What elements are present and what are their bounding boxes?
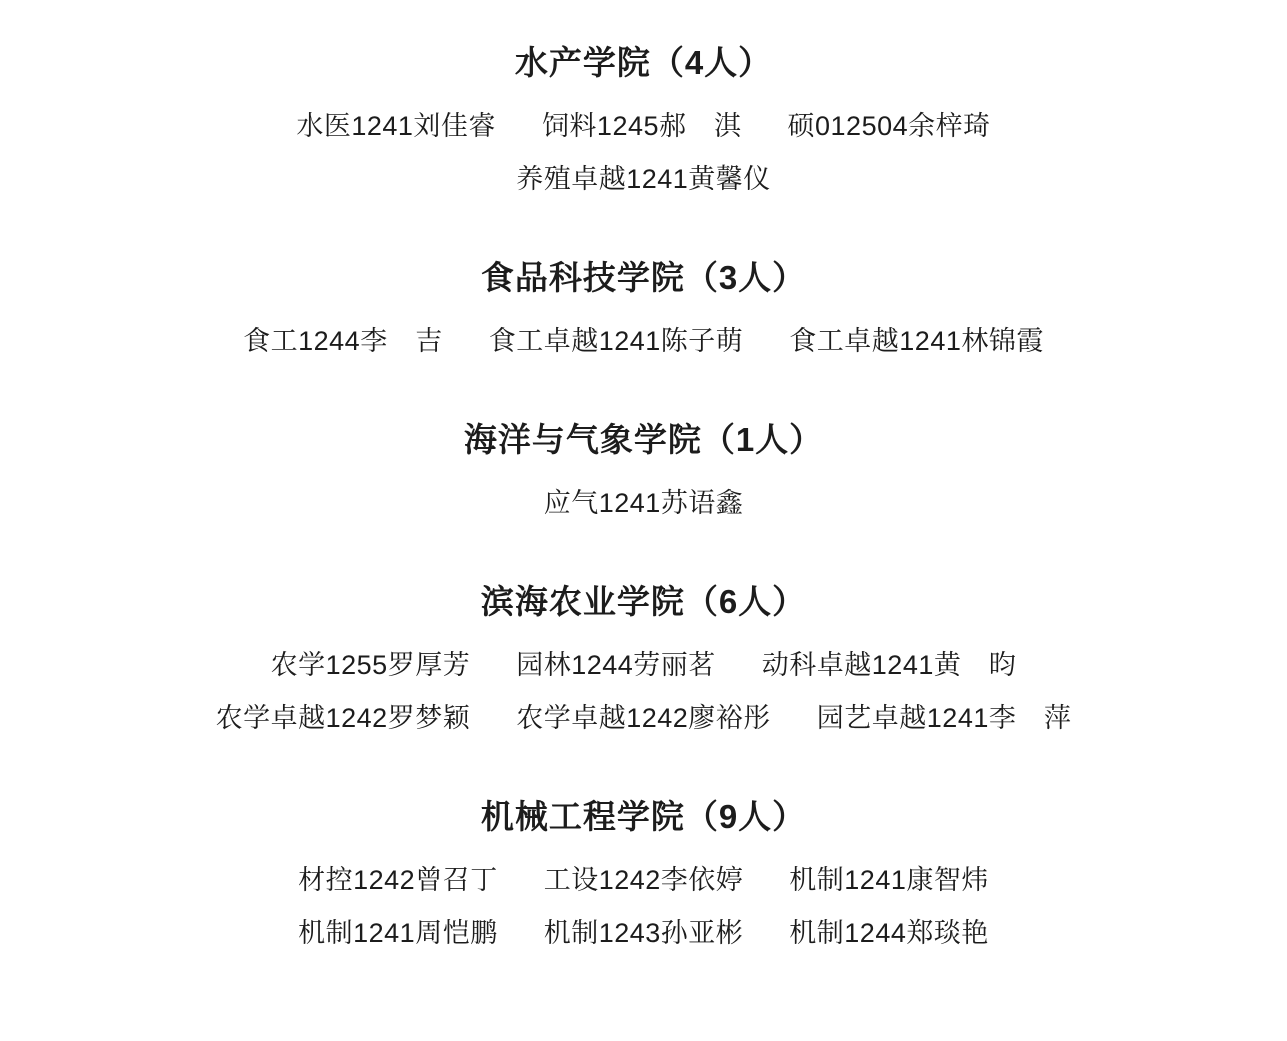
college-section: 食品科技学院（3人）食工1244李 吉食工卓越1241陈子萌食工卓越1241林锦… bbox=[0, 259, 1287, 357]
student-entry: 应气1241苏语鑫 bbox=[544, 487, 744, 519]
name-row: 应气1241苏语鑫 bbox=[0, 487, 1287, 519]
college-section: 机械工程学院（9人）材控1242曾召丁工设1242李依婷机制1241康智炜机制1… bbox=[0, 798, 1287, 949]
student-entry: 硕012504余梓琦 bbox=[788, 110, 991, 142]
student-entry: 饲料1245郝 淇 bbox=[542, 110, 742, 142]
student-entry: 机制1241周恺鹏 bbox=[298, 917, 498, 949]
name-row: 农学1255罗厚芳园林1244劳丽茗动科卓越1241黄 昀 bbox=[0, 649, 1287, 681]
name-row: 水医1241刘佳睿饲料1245郝 淇硕012504余梓琦 bbox=[0, 110, 1287, 142]
college-title: 水产学院（4人） bbox=[0, 44, 1287, 81]
name-row: 养殖卓越1241黄馨仪 bbox=[0, 163, 1287, 195]
student-entry: 园林1244劳丽茗 bbox=[516, 649, 716, 681]
name-row: 材控1242曾召丁工设1242李依婷机制1241康智炜 bbox=[0, 864, 1287, 896]
student-entry: 食工卓越1241林锦霞 bbox=[789, 325, 1044, 357]
name-row: 机制1241周恺鹏机制1243孙亚彬机制1244郑琰艳 bbox=[0, 917, 1287, 949]
student-entry: 动科卓越1241黄 昀 bbox=[762, 649, 1017, 681]
college-title: 滨海农业学院（6人） bbox=[0, 583, 1287, 620]
college-title: 食品科技学院（3人） bbox=[0, 259, 1287, 296]
student-entry: 机制1244郑琰艳 bbox=[789, 917, 989, 949]
student-entry: 机制1241康智炜 bbox=[789, 864, 989, 896]
roster-document: 水产学院（4人）水医1241刘佳睿饲料1245郝 淇硕012504余梓琦养殖卓越… bbox=[0, 0, 1287, 1041]
college-section: 海洋与气象学院（1人）应气1241苏语鑫 bbox=[0, 421, 1287, 519]
college-section: 水产学院（4人）水医1241刘佳睿饲料1245郝 淇硕012504余梓琦养殖卓越… bbox=[0, 44, 1287, 195]
student-entry: 食工1244李 吉 bbox=[243, 325, 443, 357]
student-entry: 养殖卓越1241黄馨仪 bbox=[516, 163, 771, 195]
student-entry: 农学卓越1242廖裕彤 bbox=[516, 702, 771, 734]
college-section: 滨海农业学院（6人）农学1255罗厚芳园林1244劳丽茗动科卓越1241黄 昀农… bbox=[0, 583, 1287, 734]
student-entry: 食工卓越1241陈子萌 bbox=[489, 325, 744, 357]
name-row: 农学卓越1242罗梦颖农学卓越1242廖裕彤园艺卓越1241李 萍 bbox=[0, 702, 1287, 734]
college-title: 海洋与气象学院（1人） bbox=[0, 421, 1287, 458]
student-entry: 农学1255罗厚芳 bbox=[271, 649, 471, 681]
student-entry: 材控1242曾召丁 bbox=[298, 864, 498, 896]
student-entry: 工设1242李依婷 bbox=[544, 864, 744, 896]
student-entry: 水医1241刘佳睿 bbox=[296, 110, 496, 142]
college-title: 机械工程学院（9人） bbox=[0, 798, 1287, 835]
name-row: 食工1244李 吉食工卓越1241陈子萌食工卓越1241林锦霞 bbox=[0, 325, 1287, 357]
student-entry: 农学卓越1242罗梦颖 bbox=[216, 702, 471, 734]
student-entry: 机制1243孙亚彬 bbox=[544, 917, 744, 949]
student-entry: 园艺卓越1241李 萍 bbox=[817, 702, 1072, 734]
